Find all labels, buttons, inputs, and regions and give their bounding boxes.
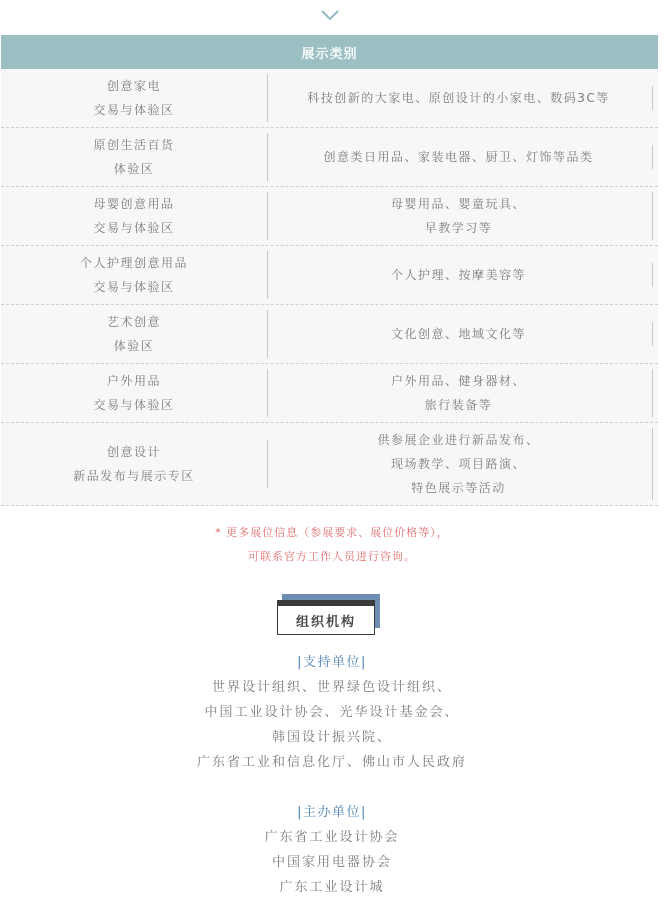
supporter-line: 世界设计组织、世界绿色设计组织、 <box>0 675 664 700</box>
column-divider <box>267 74 268 122</box>
right-edge-bar <box>652 428 653 500</box>
category-description: 科技创新的大家电、原创设计的小家电、数码3C等 <box>267 86 658 110</box>
category-description: 个人护理、按摩美容等 <box>267 263 658 287</box>
badge-title: 组织机构 <box>277 600 375 635</box>
category-name: 创意设计 新品发布与展示专区 <box>1 440 267 488</box>
organizers-section: |主办单位| 广东省工业设计协会 中国家用电器协会 广东工业设计城 <box>0 801 664 900</box>
table-row: 艺术创意 体验区 文化创意、地域文化等 <box>1 305 658 364</box>
category-description: 母婴用品、婴童玩具、 早教学习等 <box>267 192 658 240</box>
category-name: 户外用品 交易与体验区 <box>1 369 267 417</box>
right-edge-bar <box>652 322 653 346</box>
category-description: 供参展企业进行新品发布、 现场教学、项目路演、 特色展示等活动 <box>267 428 658 500</box>
organizer-line: 广东省工业设计协会 <box>0 825 664 850</box>
column-divider <box>267 192 268 240</box>
category-description: 创意类日用品、家装电器、厨卫、灯饰等品类 <box>267 145 658 169</box>
column-divider <box>267 310 268 358</box>
category-description: 户外用品、健身器材、 旅行装备等 <box>267 369 658 417</box>
supporter-line: 广东省工业和信息化厅、佛山市人民政府 <box>0 750 664 775</box>
right-edge-bar <box>652 369 653 417</box>
exhibition-categories-table: 展示类别 创意家电 交易与体验区 科技创新的大家电、原创设计的小家电、数码3C等… <box>1 35 658 506</box>
chevron-down-icon[interactable] <box>320 8 340 22</box>
table-row: 原创生活百货 体验区 创意类日用品、家装电器、厨卫、灯饰等品类 <box>1 128 658 187</box>
category-name: 个人护理创意用品 交易与体验区 <box>1 251 267 299</box>
booth-info-note: * 更多展位信息（参展要求、展位价格等）， 可联系官方工作人员进行咨询。 <box>0 521 664 569</box>
supporter-line: 中国工业设计协会、光华设计基金会、 <box>0 700 664 725</box>
table-row: 创意家电 交易与体验区 科技创新的大家电、原创设计的小家电、数码3C等 <box>1 69 658 128</box>
supporters-section: |支持单位| 世界设计组织、世界绿色设计组织、 中国工业设计协会、光华设计基金会… <box>0 651 664 775</box>
table-row: 创意设计 新品发布与展示专区 供参展企业进行新品发布、 现场教学、项目路演、 特… <box>1 423 658 506</box>
supporters-title: |支持单位| <box>0 651 664 675</box>
right-edge-bar <box>652 263 653 287</box>
organizer-line: 广东工业设计城 <box>0 875 664 900</box>
organizers-title: |主办单位| <box>0 801 664 825</box>
table-row: 户外用品 交易与体验区 户外用品、健身器材、 旅行装备等 <box>1 364 658 423</box>
supporter-line: 韩国设计振兴院、 <box>0 725 664 750</box>
section-title-badge: 组织机构 <box>277 594 381 636</box>
category-description: 文化创意、地域文化等 <box>267 322 658 346</box>
table-header: 展示类别 <box>1 35 658 69</box>
table-row: 母婴创意用品 交易与体验区 母婴用品、婴童玩具、 早教学习等 <box>1 187 658 246</box>
organizer-line: 中国家用电器协会 <box>0 850 664 875</box>
table-row: 个人护理创意用品 交易与体验区 个人护理、按摩美容等 <box>1 246 658 305</box>
category-name: 创意家电 交易与体验区 <box>1 74 267 122</box>
right-edge-bar <box>652 145 653 169</box>
category-name: 艺术创意 体验区 <box>1 310 267 358</box>
category-name: 原创生活百货 体验区 <box>1 133 267 181</box>
category-name: 母婴创意用品 交易与体验区 <box>1 192 267 240</box>
column-divider <box>267 369 268 417</box>
column-divider <box>267 251 268 299</box>
right-edge-bar <box>652 192 653 240</box>
column-divider <box>267 440 268 488</box>
column-divider <box>267 133 268 181</box>
page: 展示类别 创意家电 交易与体验区 科技创新的大家电、原创设计的小家电、数码3C等… <box>0 0 664 920</box>
right-edge-bar <box>652 86 653 110</box>
